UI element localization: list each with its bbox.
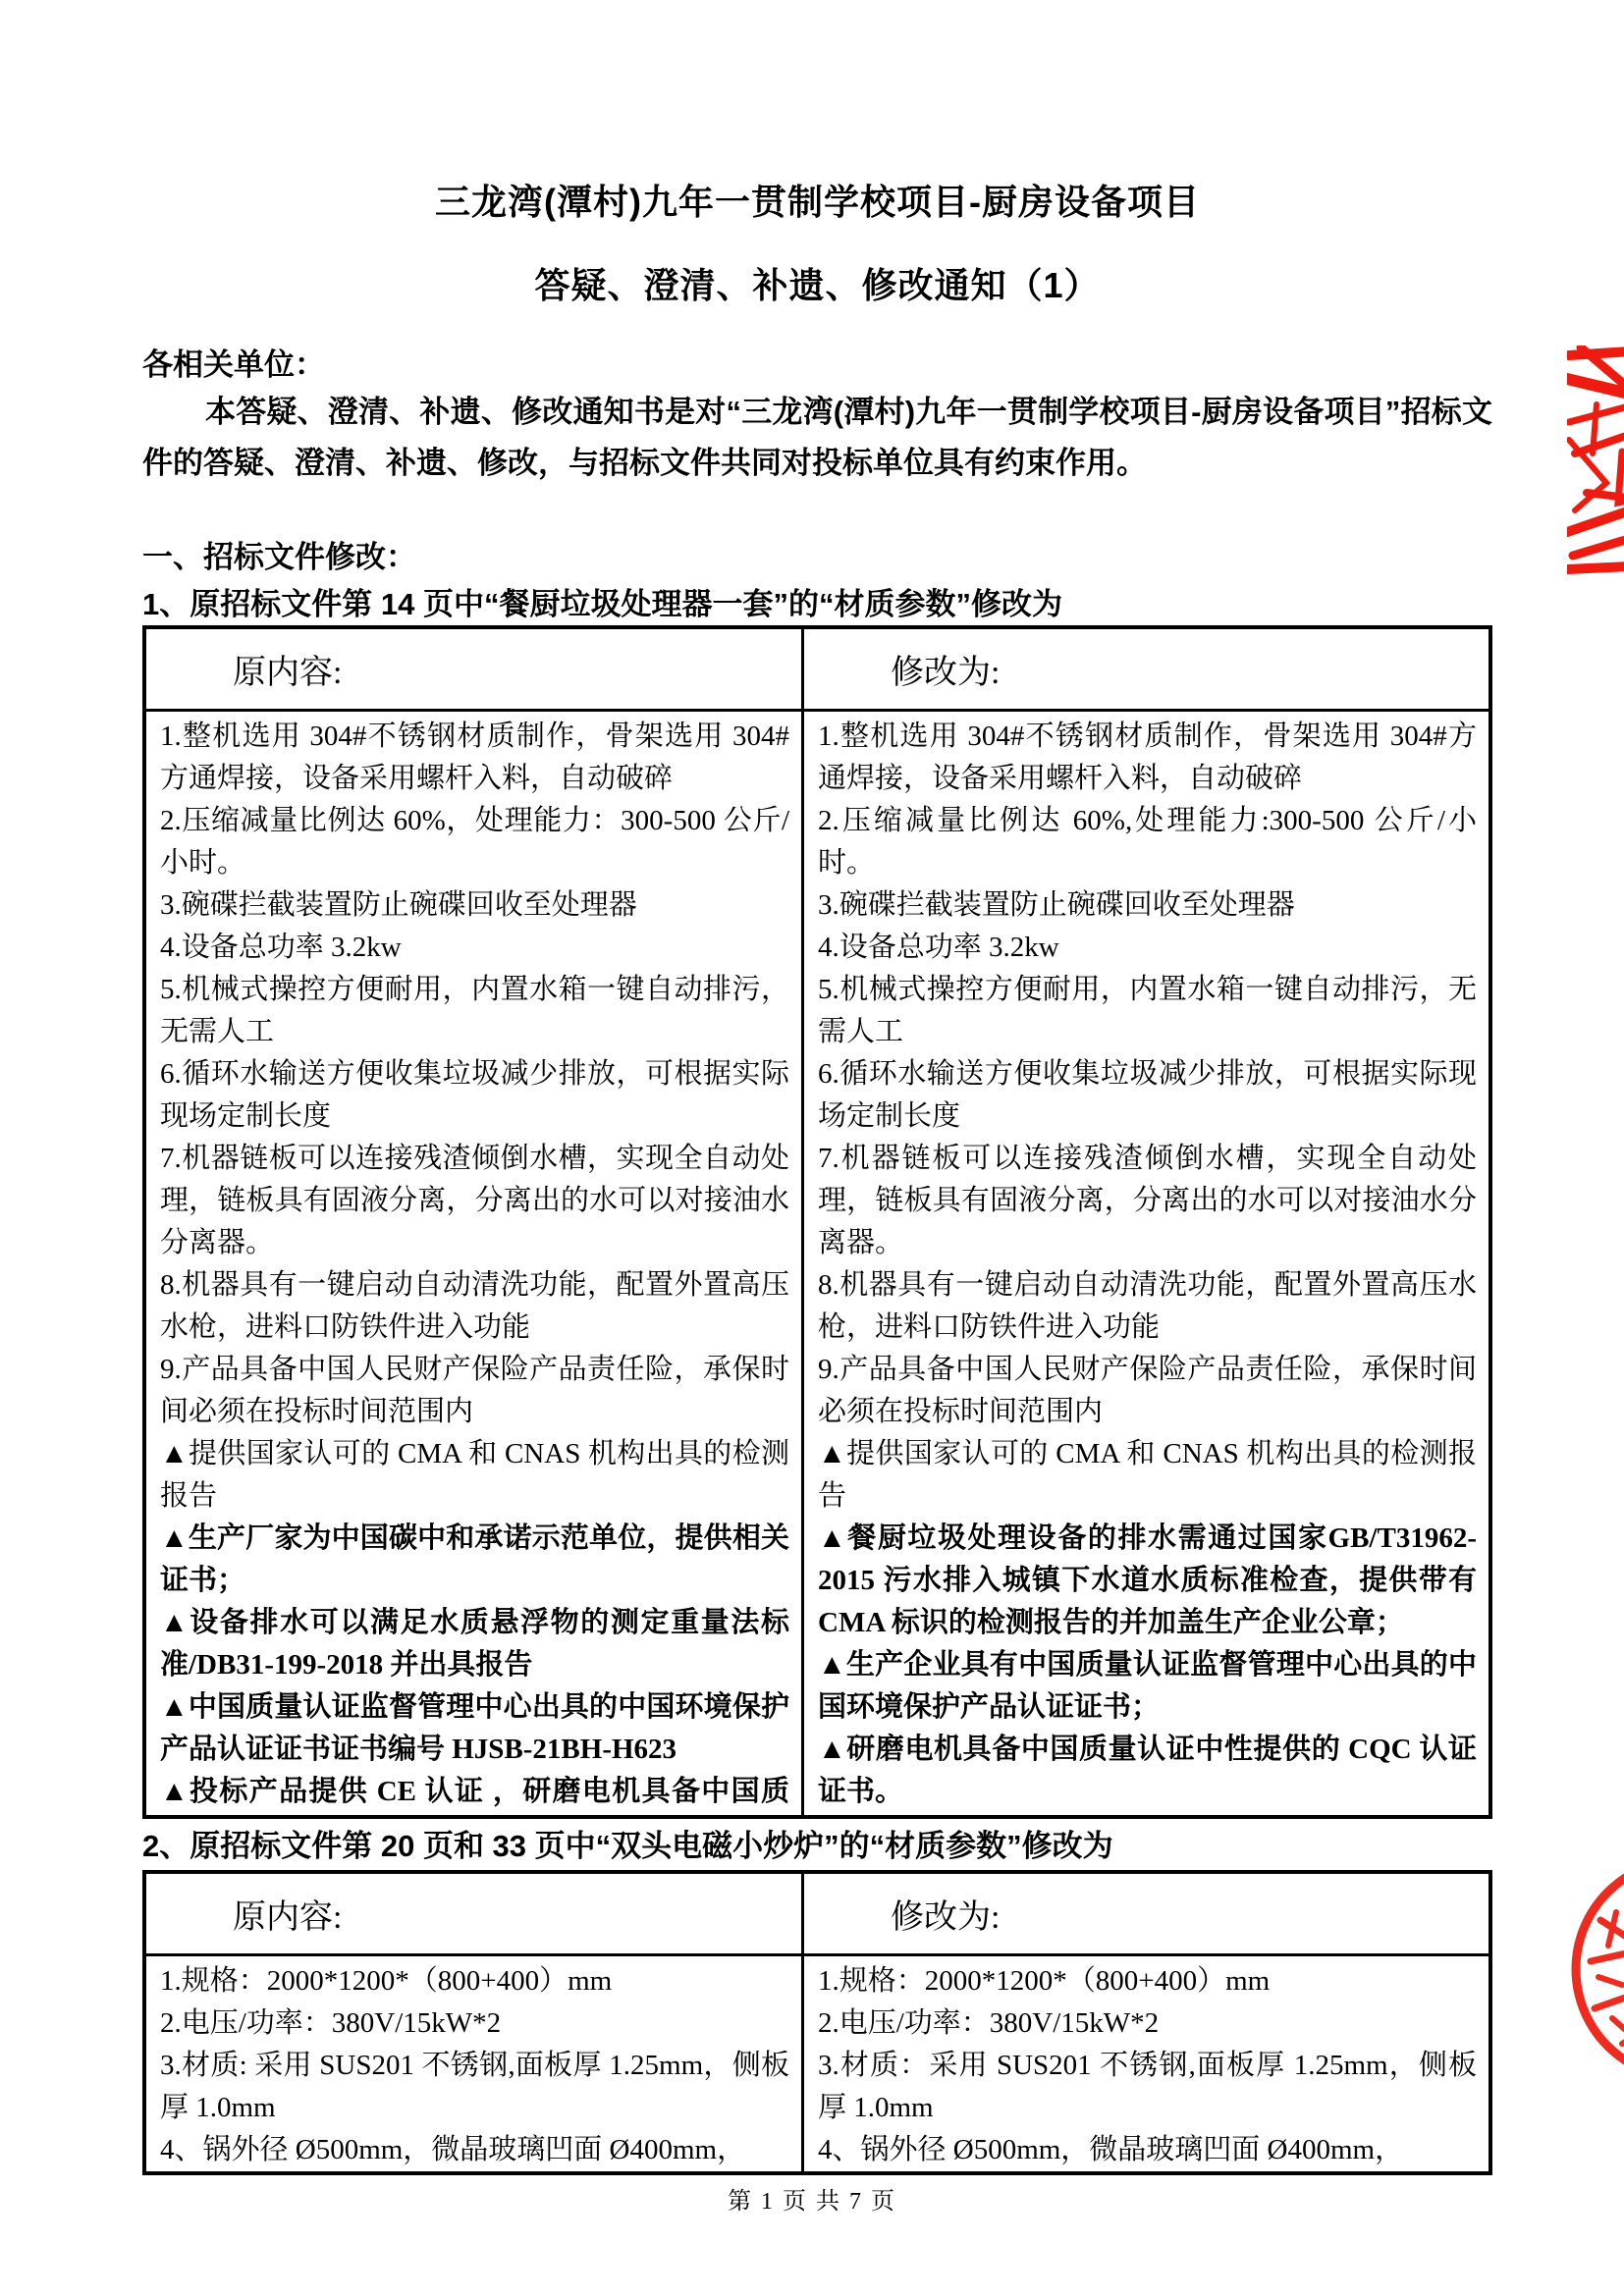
section-heading: 一、招标文件修改： bbox=[142, 537, 1492, 578]
cell-line: 2.压缩减量比例达 60%，处理能力：300-500 公斤/小时。 bbox=[160, 800, 789, 884]
cell-line: 1.规格：2000*1200*（800+400）mm bbox=[160, 1960, 789, 2002]
cell-line: 6.循环水输送方便收集垃圾减少排放，可根据实际现场定制长度 bbox=[818, 1053, 1477, 1138]
cell-line: ▲研磨电机具备中国质量认证中性提供的 CQC 认证证书。 bbox=[818, 1729, 1477, 1813]
document-title: 三龙湾(潭村)九年一贯制学校项目-厨房设备项目 bbox=[142, 180, 1492, 225]
item1-heading: 1、原招标文件第 14 页中“餐厨垃圾处理器一套”的“材质参数”修改为 bbox=[142, 584, 1492, 625]
cell-line: ▲提供国家认可的 CMA 和 CNAS 机构出具的检测报告 bbox=[160, 1433, 789, 1518]
cell-line: 5.机械式操控方便耐用，内置水箱一键自动排污，无需人工 bbox=[818, 969, 1477, 1053]
document-page: 三龙湾(潭村)九年一贯制学校项目-厨房设备项目 答疑、澄清、补遗、修改通知（1）… bbox=[0, 0, 1624, 2296]
cell-line: ▲中国质量认证监督管理中心出具的中国环境保护产品认证证书证书编号 HJSB-21… bbox=[160, 1686, 789, 1771]
cell-line: 7.机器链板可以连接残渣倾倒水槽，实现全自动处理，链板具有固液分离，分离出的水可… bbox=[160, 1138, 789, 1264]
cell-line: ▲提供国家认可的 CMA 和 CNAS 机构出具的检测报告 bbox=[818, 1433, 1477, 1518]
red-stamp-fragment-icon bbox=[1567, 346, 1624, 577]
cell-line: ▲投标产品提供 CE 认证 ，研磨电机具备中国质量认证中性提供的 CQC 认证证… bbox=[160, 1771, 789, 1815]
table1-header-original: 原内容: bbox=[146, 629, 804, 712]
table2-original-cell: 1.规格：2000*1200*（800+400）mm2.电压/功率：380V/1… bbox=[146, 1956, 804, 2171]
cell-line: 1.整机选用 304#不锈钢材质制作，骨架选用 304#方通焊接，设备采用螺杆入… bbox=[160, 716, 789, 800]
cell-line: 5.机械式操控方便耐用，内置水箱一键自动排污，无需人工 bbox=[160, 969, 789, 1053]
salutation: 各相关单位： bbox=[142, 345, 1492, 386]
cell-line: 9.产品具备中国人民财产保险产品责任险，承保时间必须在投标时间范围内 bbox=[160, 1349, 789, 1433]
cell-line: 3.碗碟拦截装置防止碗碟回收至处理器 bbox=[818, 884, 1477, 927]
cell-line: 1.整机选用 304#不锈钢材质制作，骨架选用 304#方通焊接，设备采用螺杆入… bbox=[818, 716, 1477, 800]
table1-header-modified: 修改为: bbox=[804, 629, 1489, 712]
cell-line: 8.机器具有一键启动自动清洗功能，配置外置高压水枪，进料口防铁件进入功能 bbox=[160, 1264, 789, 1349]
table2-header-original: 原内容: bbox=[146, 1874, 804, 1956]
cell-line: ▲生产企业具有中国质量认证监督管理中心出具的中国环境保护产品认证证书； bbox=[818, 1644, 1477, 1729]
modification-table-1: 原内容: 修改为: 1.整机选用 304#不锈钢材质制作，骨架选用 304#方通… bbox=[142, 625, 1492, 1819]
item2-heading: 2、原招标文件第 20 页和 33 页中“双头电磁小炒炉”的“材质参数”修改为 bbox=[142, 1826, 1492, 1867]
table2-header-modified: 修改为: bbox=[804, 1874, 1489, 1956]
document-subtitle: 答疑、澄清、补遗、修改通知（1） bbox=[142, 263, 1492, 308]
cell-line: 3.碗碟拦截装置防止碗碟回收至处理器 bbox=[160, 884, 789, 927]
round-official-seal-fragment-icon bbox=[1565, 1851, 1624, 2087]
cell-line: 3.材质: 采用 SUS201 不锈钢,面板厚 1.25mm，侧板厚 1.0mm bbox=[160, 2045, 789, 2129]
cell-line: 4、锅外径 Ø500mm，微晶玻璃凹面 Ø400mm， bbox=[818, 2129, 1477, 2171]
document-content: 三龙湾(潭村)九年一贯制学校项目-厨房设备项目 答疑、澄清、补遗、修改通知（1）… bbox=[142, 0, 1492, 2175]
table1-original-cell: 1.整机选用 304#不锈钢材质制作，骨架选用 304#方通焊接，设备采用螺杆入… bbox=[146, 712, 804, 1815]
cell-line: 8.机器具有一键启动自动清洗功能，配置外置高压水枪，进料口防铁件进入功能 bbox=[818, 1264, 1477, 1349]
cell-line: 3.材质：采用 SUS201 不锈钢,面板厚 1.25mm，侧板厚 1.0mm bbox=[818, 2045, 1477, 2129]
cell-line: 4、锅外径 Ø500mm，微晶玻璃凹面 Ø400mm， bbox=[160, 2129, 789, 2171]
cell-line: ▲餐厨垃圾处理设备的排水需通过国家GB/T31962-2015 污水排入城镇下水… bbox=[818, 1518, 1477, 1644]
intro-paragraph: 本答疑、澄清、补遗、修改通知书是对“三龙湾(潭村)九年一贯制学校项目-厨房设备项… bbox=[142, 387, 1492, 489]
cell-line: ▲生产厂家为中国碳中和承诺示范单位，提供相关证书； bbox=[160, 1518, 789, 1602]
cell-line: 6.循环水输送方便收集垃圾减少排放，可根据实际现场定制长度 bbox=[160, 1053, 789, 1138]
cell-line: 4.设备总功率 3.2kw bbox=[160, 927, 789, 969]
page-number: 第 1 页 共 7 页 bbox=[0, 2181, 1624, 2216]
table2-modified-cell: 1.规格：2000*1200*（800+400）mm2.电压/功率：380V/1… bbox=[804, 1956, 1489, 2171]
cell-line: 2.电压/功率：380V/15kW*2 bbox=[160, 2002, 789, 2045]
cell-line: 9.产品具备中国人民财产保险产品责任险，承保时间必须在投标时间范围内 bbox=[818, 1349, 1477, 1433]
table1-modified-cell: 1.整机选用 304#不锈钢材质制作，骨架选用 304#方通焊接，设备采用螺杆入… bbox=[804, 712, 1489, 1815]
cell-line: 2.压缩减量比例达 60%,处理能力:300-500 公斤/小时。 bbox=[818, 800, 1477, 884]
cell-line: 7.机器链板可以连接残渣倾倒水槽，实现全自动处理，链板具有固液分离，分离出的水可… bbox=[818, 1138, 1477, 1264]
cell-line: ▲设备排水可以满足水质悬浮物的测定重量法标准/DB31-199-2018 并出具… bbox=[160, 1602, 789, 1686]
cell-line: 4.设备总功率 3.2kw bbox=[818, 927, 1477, 969]
cell-line: 2.电压/功率：380V/15kW*2 bbox=[818, 2002, 1477, 2045]
modification-table-2: 原内容: 修改为: 1.规格：2000*1200*（800+400）mm2.电压… bbox=[142, 1870, 1492, 2175]
cell-line: 1.规格：2000*1200*（800+400）mm bbox=[818, 1960, 1477, 2002]
